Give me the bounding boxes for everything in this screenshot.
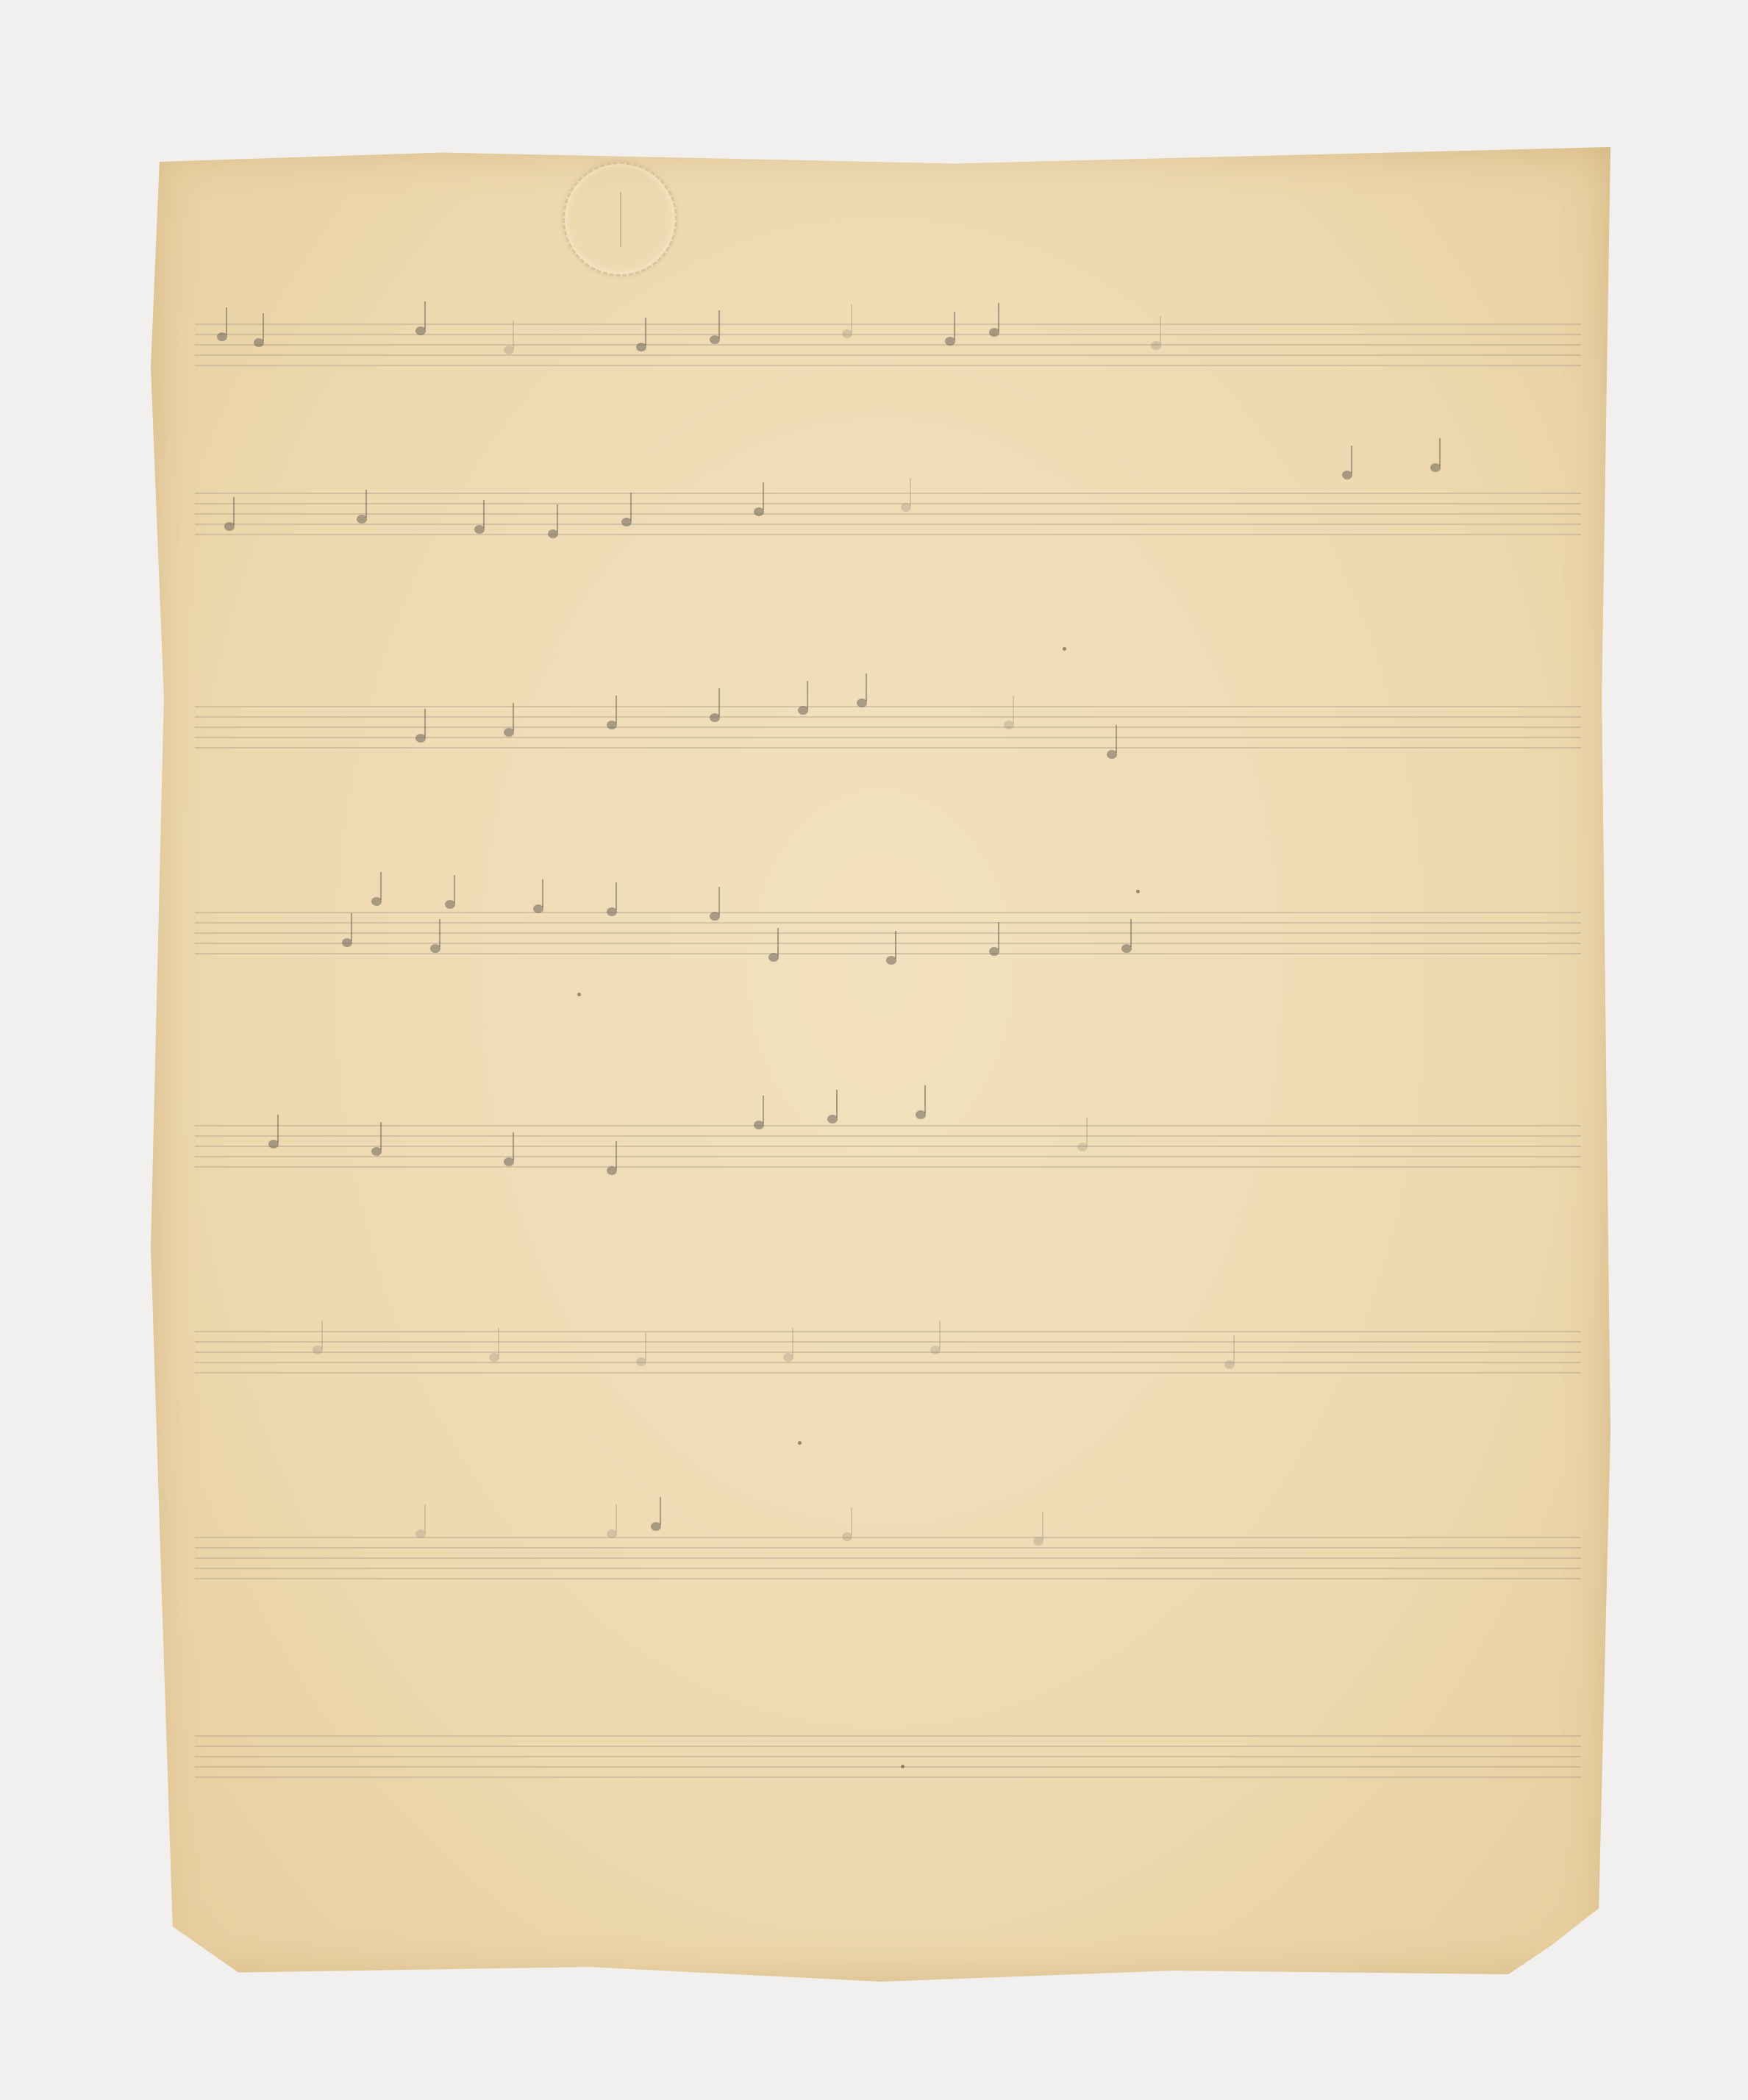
blind-stamp-icon [563,162,677,276]
staff [195,493,1581,540]
staff [195,1125,1581,1172]
staff [195,324,1581,371]
staff [195,1735,1581,1782]
staff [195,1537,1581,1584]
manuscript-page [151,147,1610,1982]
staff [195,1331,1581,1378]
staff [195,912,1581,959]
staff [195,706,1581,753]
